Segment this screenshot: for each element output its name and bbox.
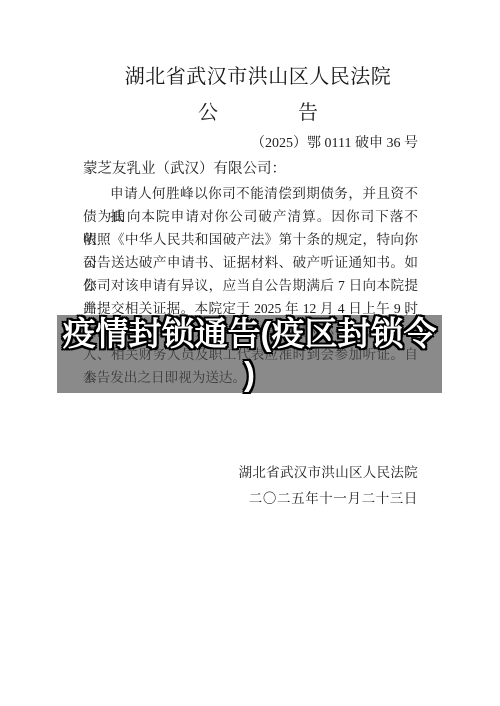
body-line: 公告送达破产申请书、证据材料、破产听证通知书。如你 bbox=[83, 251, 418, 274]
overlay-watermark-title: 疫情封锁通告(疫区封锁令 ) bbox=[55, 314, 444, 394]
body-line: 依照《中华人民共和国破产法》第十条的规定，特向你司 bbox=[83, 228, 418, 251]
court-name-heading: 湖北省武汉市洪山区人民法院 bbox=[0, 60, 500, 89]
addressee-company: 蒙芝友乳业（武汉）有限公司： bbox=[83, 157, 483, 178]
body-line: 申请人何胜峰以你司不能清偿到期债务，并且资不抵 bbox=[83, 182, 418, 205]
case-number: （2025）鄂 0111 破申 36 号 bbox=[83, 132, 418, 152]
signature-court-name: 湖北省武汉市洪山区人民法院 bbox=[83, 461, 418, 481]
court-notice-document: 湖北省武汉市洪山区人民法院 公 告 （2025）鄂 0111 破申 36 号 蒙… bbox=[0, 0, 500, 706]
overlay-title-line1: 疫情封锁通告(疫区封锁令 bbox=[55, 314, 444, 354]
body-line: 公司对该申请有异议，应当自公告期满后 7 日向本院提出， bbox=[83, 274, 418, 297]
signature-date: 二〇二五年十一月二十三日 bbox=[83, 487, 418, 507]
notice-title: 公 告 bbox=[0, 96, 500, 125]
overlay-title-line2: ) bbox=[55, 354, 444, 394]
body-line: 债为由向本院申请对你公司破产清算。因你司下落不明， bbox=[83, 205, 418, 228]
